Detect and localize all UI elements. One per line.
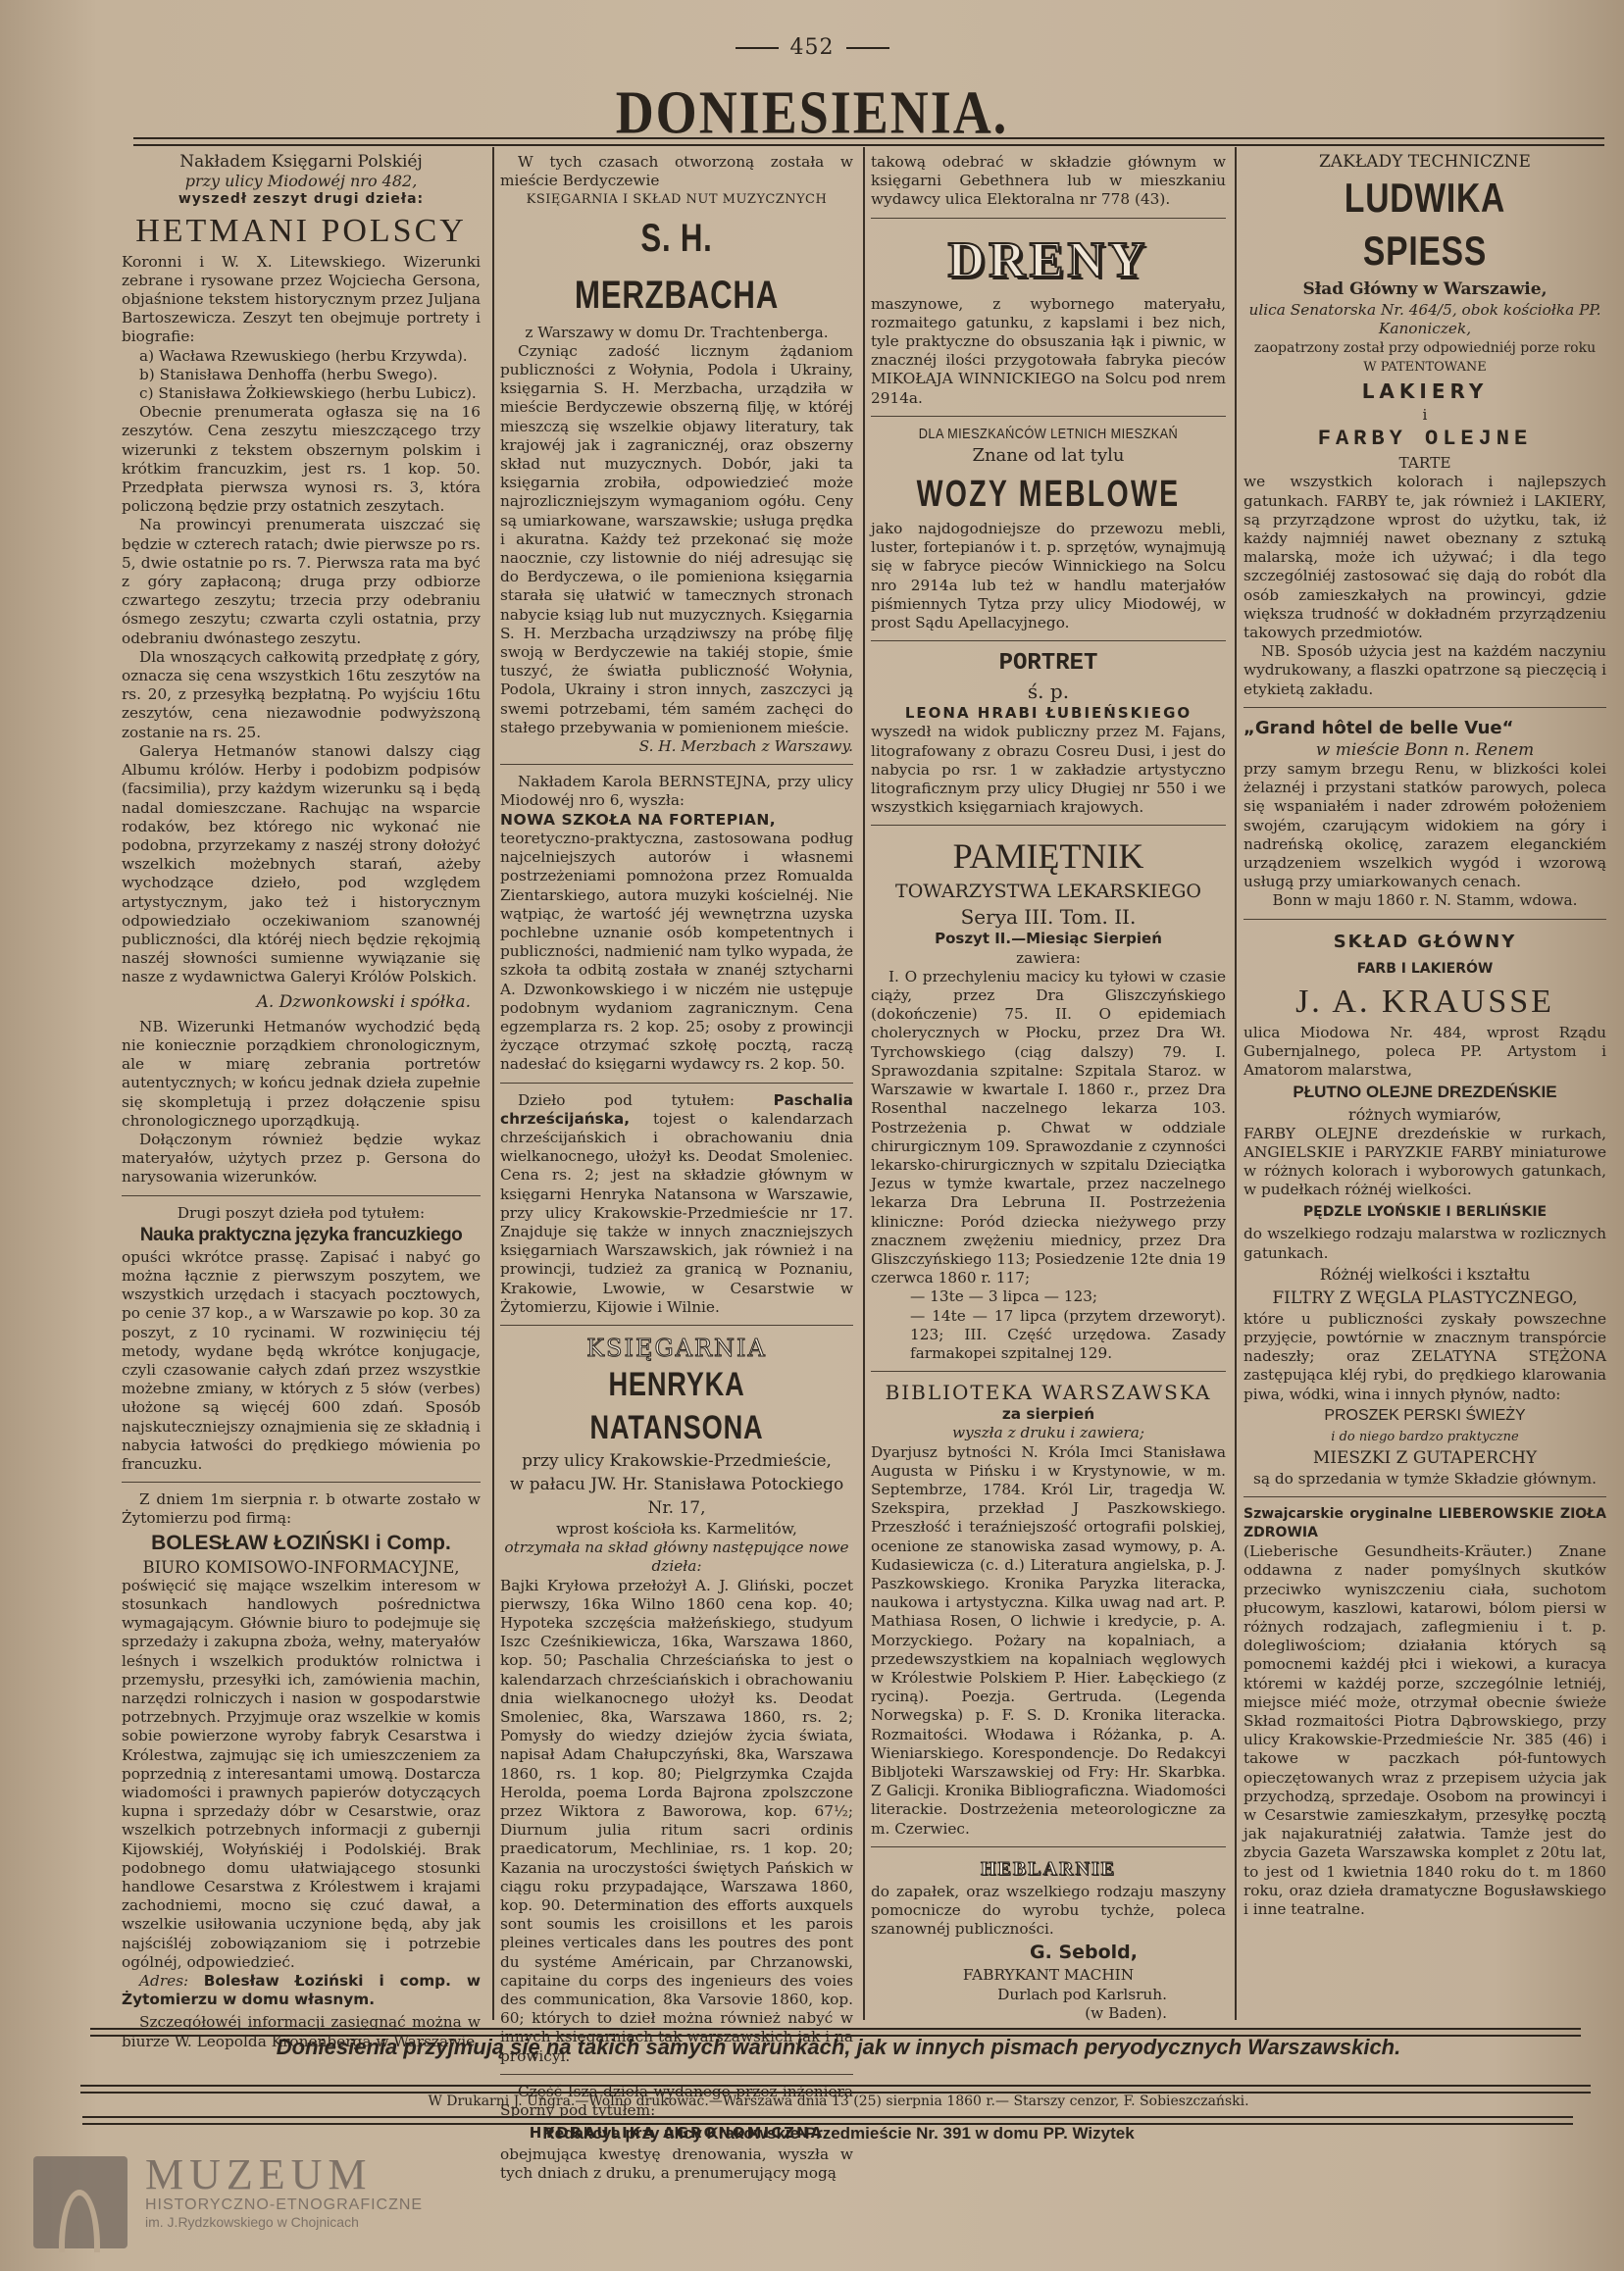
ad-biblioteka: BIBLIOTEKA WARSZAWSKA za sierpień wyszła…: [871, 1380, 1226, 1839]
ad-grand-hotel: „Grand hôtel de belle Vue“ w mieście Bon…: [1243, 716, 1606, 911]
ad-separator: [1243, 707, 1606, 708]
ad-title: HEBLARNIE: [871, 1855, 1226, 1883]
ad-separator: [1243, 919, 1606, 920]
column-divider: [1235, 147, 1237, 2020]
ad-separator: [871, 416, 1226, 417]
ad-title: S. H. MERZBACHA: [539, 210, 815, 324]
column-1: Nakładem Księgarni Polskiéj przy ulicy M…: [122, 153, 481, 2051]
ad-title: DRENY: [871, 227, 1226, 295]
ad-title: HETMANI POLSCY: [122, 210, 481, 253]
editorial-address: Redakcya przy ulicy Krakowskie-Przedmieś…: [88, 2124, 1589, 2144]
ad-pamietnik: PAMIĘTNIK TOWARZYSTWA LEKARSKIEGO Serya …: [871, 833, 1226, 1363]
ad-separator: [871, 825, 1226, 826]
column-divider: [492, 147, 494, 2020]
ad-heblarnie: HEBLARNIE do zapałek, oraz wszelkiego ro…: [871, 1855, 1226, 2023]
footer-notice: Doniesienia przyjmują się na takich samy…: [88, 2036, 1589, 2059]
footer-rule: [80, 2085, 1591, 2094]
ad-ludwika-spiess: ZAKŁADY TECHNICZNE LUDWIKA SPIESS Sład G…: [1243, 153, 1606, 699]
page-number: 452: [0, 35, 1624, 60]
ad-separator: [871, 218, 1226, 219]
ad-krausse: SKŁAD GŁÓWNY FARB I LAKIERÓW J. A. KRAUS…: [1243, 928, 1606, 1489]
header-rule: [133, 137, 1604, 146]
arch-logo-icon: [33, 2156, 127, 2248]
ad-hetmani-polscy: Nakładem Księgarni Polskiéj przy ulicy M…: [122, 153, 481, 1187]
column-3: takową odebrać w składzie głównym w księ…: [871, 153, 1226, 2023]
ad-nauka-francuzkiego: Drugi poszyt dzieła pod tytułem: Nauka p…: [122, 1204, 481, 1475]
column-4: ZAKŁADY TECHNICZNE LUDWIKA SPIESS Sład G…: [1243, 153, 1606, 1919]
column-divider: [863, 147, 865, 2020]
ad-wozy-meblowe: DLA MIESZKAŃCÓW LETNICH MIESZKAŃ Znane o…: [871, 425, 1226, 632]
ad-title: HENRYKA NATANSONA: [535, 1363, 818, 1449]
ad-separator: [871, 640, 1226, 641]
ad-paschalia: Dzieło pod tytułem: Paschalia chrześcija…: [500, 1091, 853, 1317]
ad-title: „Grand hôtel de belle Vue“: [1243, 716, 1606, 741]
ad-natanson: KSIĘGARNIA HENRYKA NATANSONA przy ulicy …: [500, 1334, 853, 2066]
ad-title: BOLESŁAW ŁOZIŃSKI i Comp.: [122, 1529, 481, 1558]
ad-dreny: DRENY maszynowe, z wybornego materyału, …: [871, 227, 1226, 408]
ad-title: LUDWIKA SPIESS: [1280, 172, 1570, 278]
ad-separator: [122, 1482, 481, 1483]
ad-title: PAMIĘTNIK: [871, 833, 1226, 879]
signature: Bonn w maju 1860 r. N. Stamm, wdowa.: [1243, 891, 1606, 910]
ad-title: J. A. KRAUSSE: [1243, 981, 1606, 1024]
ad-separator: [871, 1371, 1226, 1372]
ad-title: NOWA SZKOŁA NA FORTEPIAN,: [500, 811, 853, 830]
signature: S. H. Merzbach z Warszawy.: [500, 737, 853, 756]
ad-title: Szwajcarskie oryginalne LIEBEROWSKIE ZIO…: [1243, 1505, 1606, 1542]
ad-ziola-zdrowia: Szwajcarskie oryginalne LIEBEROWSKIE ZIO…: [1243, 1505, 1606, 1919]
ad-lozinski: Z dniem 1m sierpnia r. b otwarte zostało…: [122, 1490, 481, 2051]
ad-nowa-szkola: Nakładem Karola BERNSTEJNA, przy ulicy M…: [500, 773, 853, 1074]
museum-watermark: MUZEUM HISTORYCZNO-ETNOGRAFICZNE im. J.R…: [145, 2153, 423, 2230]
ad-title: WOZY MEBLOWE: [915, 469, 1182, 520]
ad-separator: [1243, 1496, 1606, 1497]
imprint-line: W Drukarni J. Ungra.—Wolno drukować.—War…: [88, 2094, 1589, 2109]
ad-separator: [500, 1083, 853, 1084]
ad-title: BIBLIOTEKA WARSZAWSKA: [871, 1380, 1226, 1405]
column-2: W tych czasach otworzoną została w mieśc…: [500, 153, 853, 2184]
ad-portret: PORTRET ś. p. LEONA HRABI ŁUBIEŃSKIEGO w…: [871, 649, 1226, 817]
signature: A. Dzwonkowski i spółka.: [122, 993, 471, 1012]
ad-separator: [871, 1846, 1226, 1847]
ad-title: Nauka praktyczna języka francuzkiego: [122, 1223, 481, 1248]
ad-title: PORTRET: [871, 649, 1226, 679]
ad-separator: [500, 1325, 853, 1326]
ad-separator: [500, 2074, 853, 2075]
ad-separator: [122, 1195, 481, 1196]
ad-separator: [500, 764, 853, 765]
ad-merzbach: W tych czasach otworzoną została w mieśc…: [500, 153, 853, 756]
